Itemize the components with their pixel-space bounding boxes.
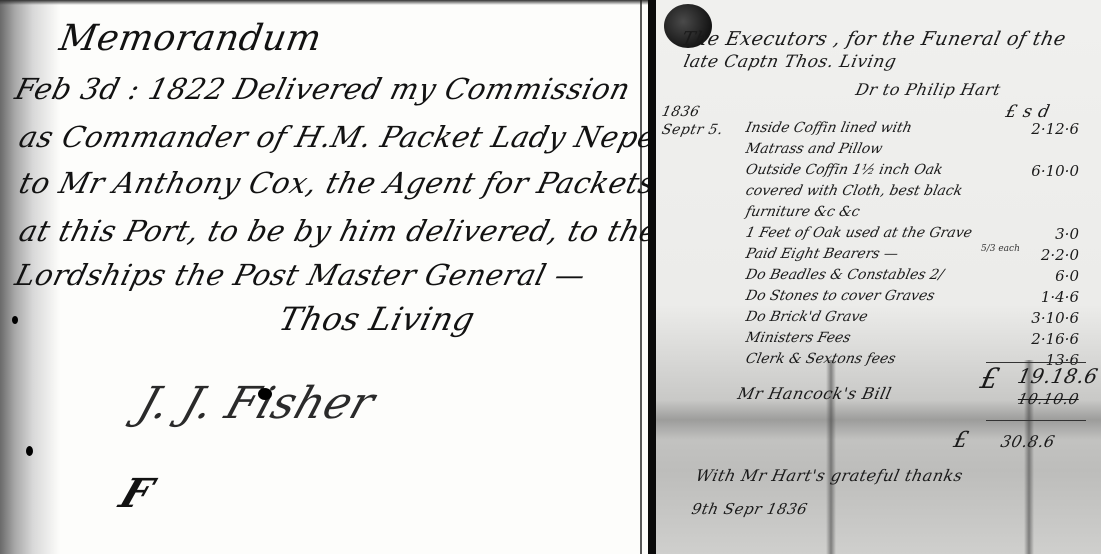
bill-item: Outside Coffin 1½ inch Oak 6·10·0 [746, 162, 1091, 183]
item-description: furniture &c &c [744, 204, 861, 220]
funeral-bill-scan: The Executors , for the Funeral of the l… [656, 0, 1101, 554]
item-description: Do Brick'd Grave [744, 309, 869, 325]
item-amount: 2·12·6 [1031, 120, 1079, 138]
deduction-amount: 10.10.0 [1016, 390, 1081, 408]
closing-note: With Mr Hart's grateful thanks [694, 466, 965, 485]
memorandum-scan: Memorandum Feb 3d : 1822 Delivered my Co… [0, 0, 648, 554]
ink-blot [26, 446, 33, 456]
bill-item: covered with Cloth, best black [746, 183, 1091, 204]
item-amount: 2·2·0 [1041, 246, 1079, 264]
bill-header: late Captn Thos. Living [682, 52, 898, 72]
second-signature: J. J. Fisher [132, 378, 382, 429]
item-amount: 6·0 [1055, 267, 1079, 285]
item-amount: 2·16·6 [1031, 330, 1079, 348]
item-amount: 6·10·0 [1031, 162, 1079, 180]
memorandum-line: as Commander of H.M. Packet Lady Nepean [16, 120, 648, 154]
item-amount: 3·10·6 [1031, 309, 1079, 327]
ink-blot [12, 316, 18, 324]
item-description: Do Beadles & Constables 2/ [744, 267, 945, 283]
bill-item: Do Beadles & Constables 2/ 6·0 [746, 267, 1091, 288]
currency-header: £ s d [1004, 102, 1052, 122]
bill-item: 1 Feet of Oak used at the Grave 3·0 [746, 225, 1091, 246]
bill-date-day: Septr 5. [660, 122, 724, 138]
bill-item: furniture &c &c [746, 204, 1091, 225]
bill-items: Inside Coffin lined with 2·12·6 Matrass … [746, 120, 1091, 372]
bill-item: Ministers Fees 2·16·6 [746, 330, 1091, 351]
bill-item: Matrass and Pillow [746, 141, 1091, 162]
memorandum-line: at this Port, to be by him delivered, to… [16, 214, 648, 248]
item-description: Clerk & Sextons fees [744, 351, 897, 367]
item-description: Ministers Fees [744, 330, 852, 346]
final-rule [986, 420, 1086, 421]
item-amount: 1·4·6 [1041, 288, 1079, 306]
scan-top-shadow [0, 0, 648, 5]
item-description: Paid Eight Bearers — [744, 246, 899, 262]
item-description: Outside Coffin 1½ inch Oak [744, 162, 944, 178]
scan-divider [648, 0, 656, 554]
bill-item: Do Stones to cover Graves 1·4·6 [746, 288, 1091, 309]
item-description: Do Stones to cover Graves [744, 288, 936, 304]
item-description: Inside Coffin lined with [744, 120, 913, 136]
deduction-label: Mr Hancock's Bill [736, 384, 894, 403]
memorandum-line: to Mr Anthony Cox, the Agent for Packets [16, 166, 648, 200]
item-description: covered with Cloth, best black [744, 183, 964, 199]
memorandum-signature: Thos Living [275, 300, 479, 338]
bill-header: The Executors , for the Funeral of the [680, 28, 1068, 50]
bill-creditor: Dr to Philip Hart [854, 80, 1003, 99]
item-description: 1 Feet of Oak used at the Grave [744, 225, 973, 241]
memorandum-line: Feb 3d : 1822 Delivered my Commission [12, 72, 634, 106]
item-amount: 3·0 [1055, 225, 1079, 243]
bill-item: Paid Eight Bearers — 5/3 each 2·2·0 [746, 246, 1091, 267]
bill-item: Do Brick'd Grave 3·10·6 [746, 309, 1091, 330]
bill-total: 19.18.6 [1015, 364, 1100, 388]
final-amount: 30.8.6 [999, 432, 1057, 451]
memorandum-line: Lordships the Post Master General — [12, 258, 589, 292]
bill-date-year: 1836 [660, 104, 701, 120]
memorandum-title: Memorandum [56, 18, 324, 59]
ink-blot [258, 388, 272, 400]
bill-item: Inside Coffin lined with 2·12·6 [746, 120, 1091, 141]
item-description: Matrass and Pillow [744, 141, 884, 157]
paper-edge [640, 0, 642, 554]
item-note: 5/3 each [981, 244, 1020, 254]
monogram-mark: F [113, 470, 159, 517]
closing-date: 9th Sepr 1836 [690, 500, 809, 518]
